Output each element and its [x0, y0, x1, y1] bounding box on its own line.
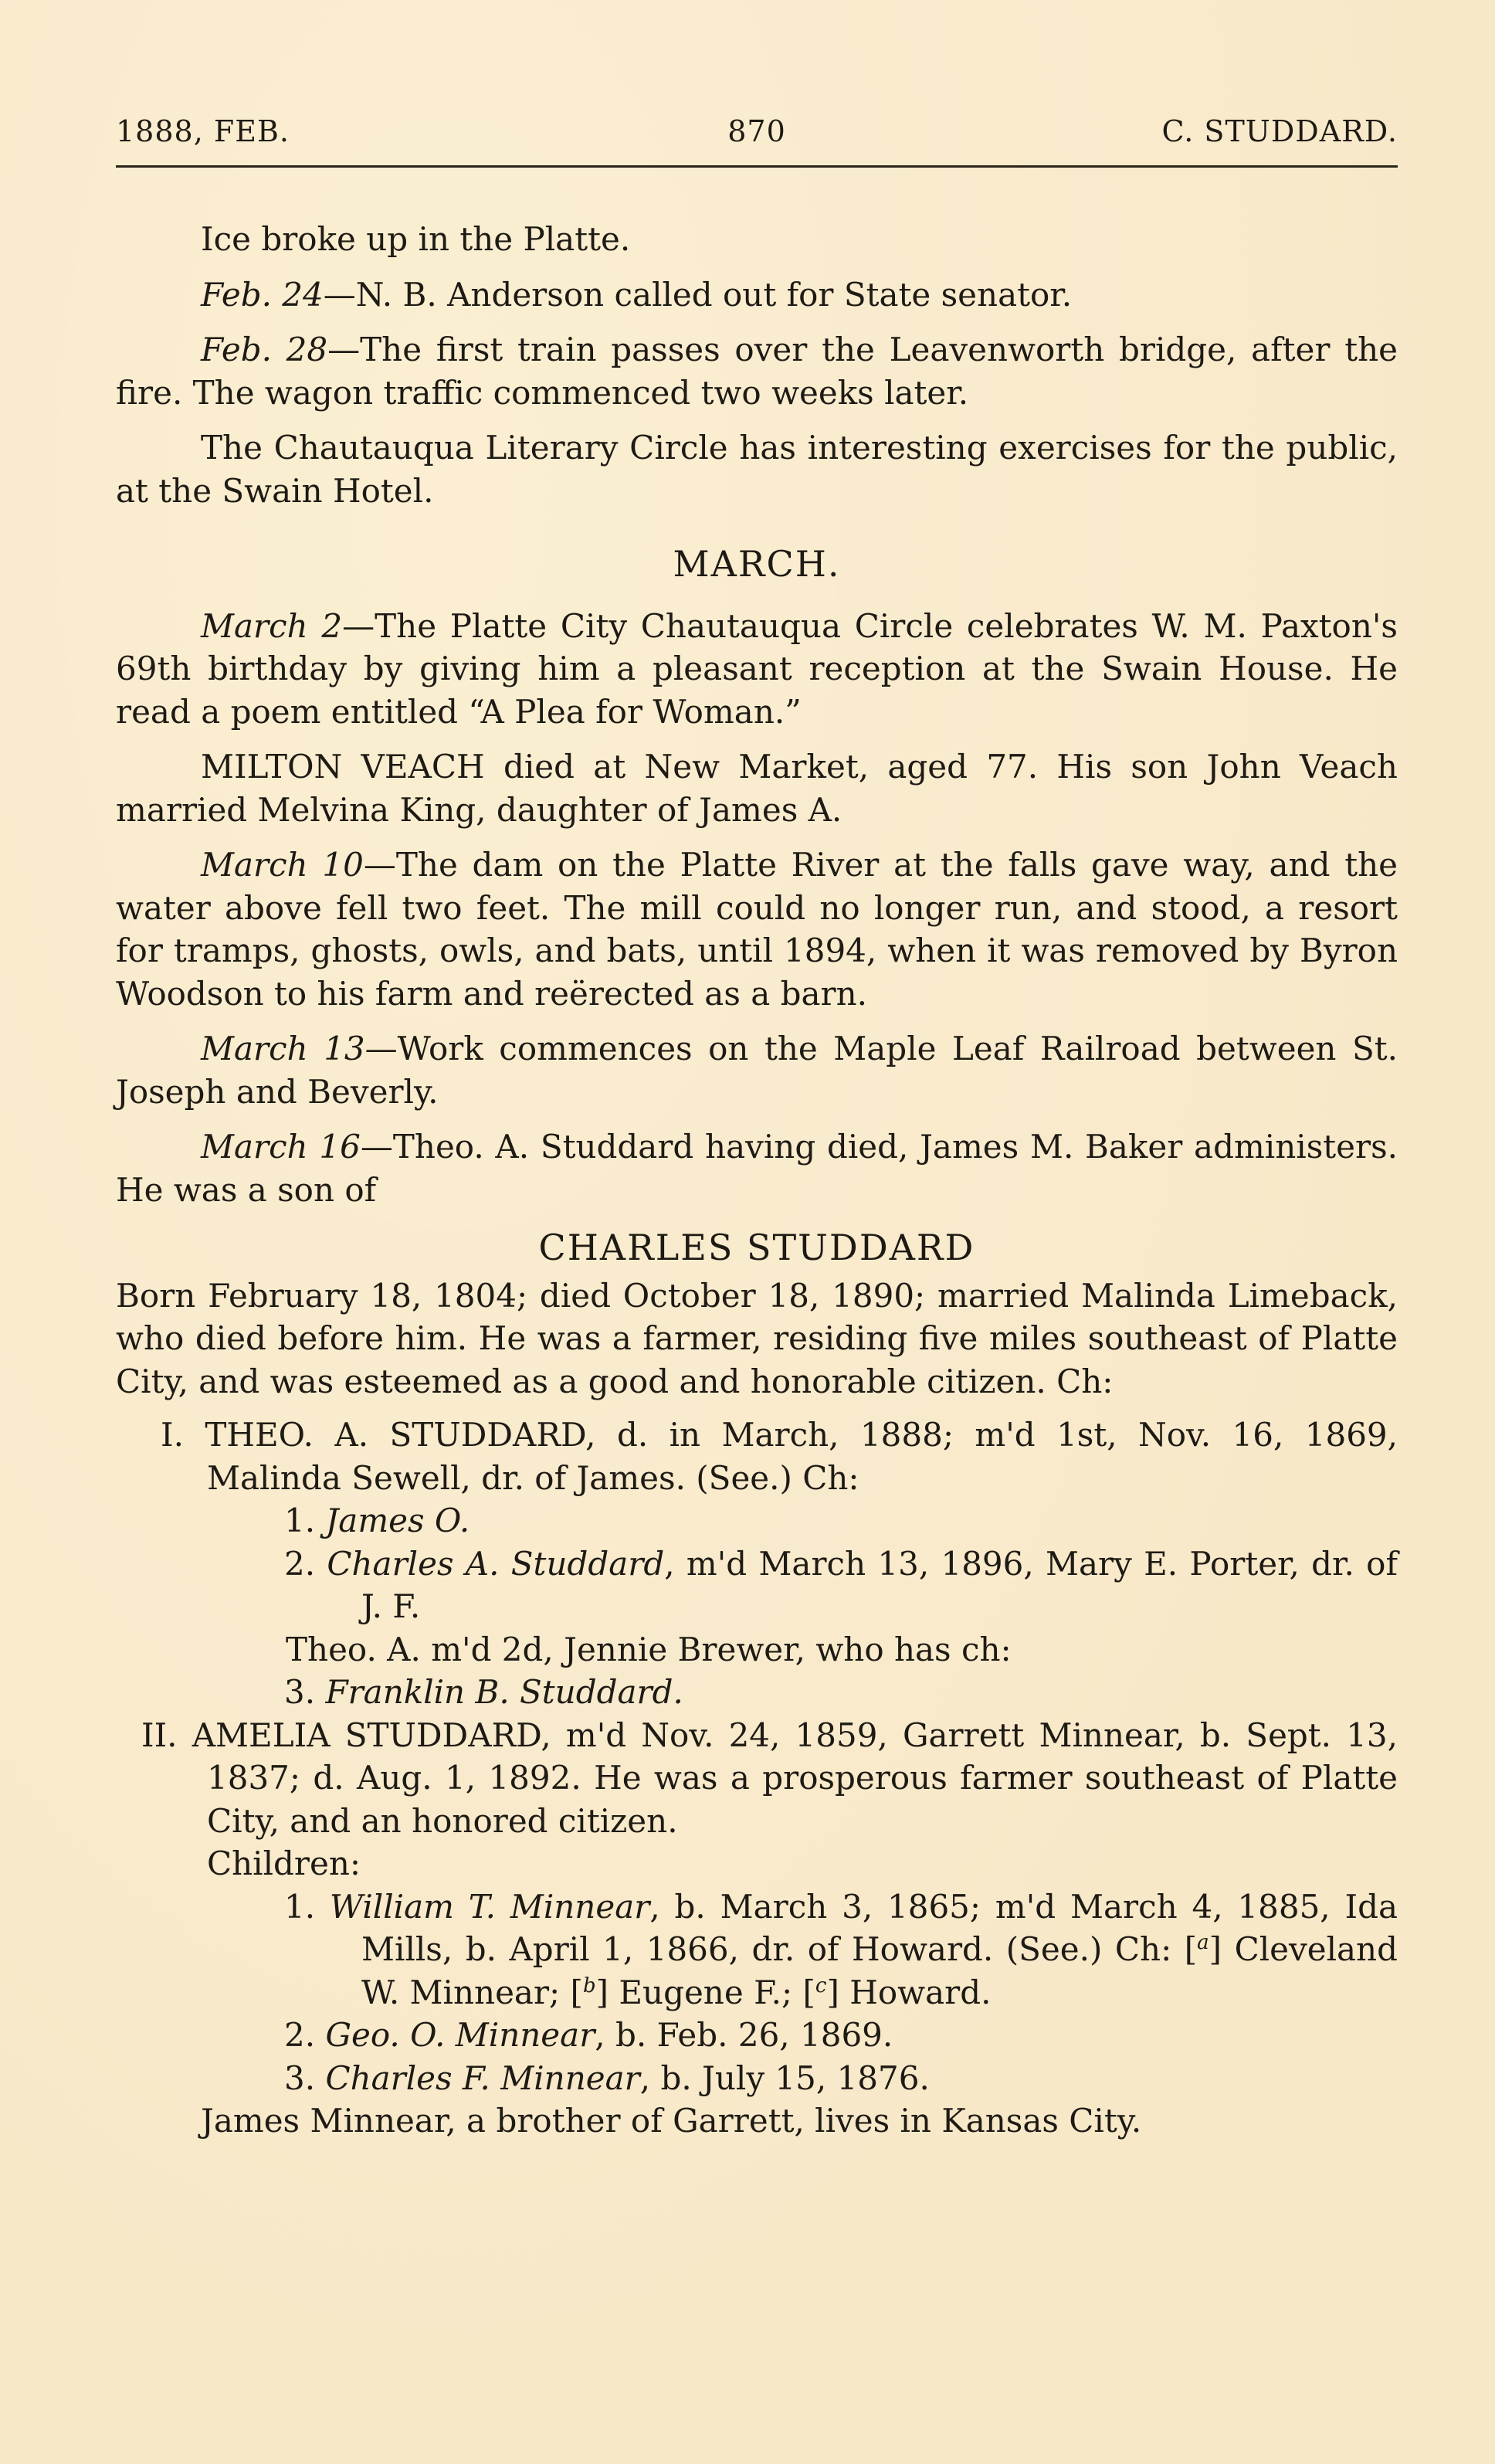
entry-march-10: March 10—The dam on the Platte River at … [116, 843, 1398, 1015]
entry-march-2: March 2—The Platte City Chautauqua Circl… [116, 605, 1398, 734]
child-entry-amelia: II. AMELIA STUDDARD, m'd Nov. 24, 1859, … [116, 1714, 1398, 1843]
closing-note: James Minnear, a brother of Garrett, liv… [116, 2099, 1398, 2143]
child-entry-theo: I. THEO. A. STUDDARD, d. in March, 1888;… [116, 1414, 1398, 1499]
section-heading-charles-studdard: CHARLES STUDDARD [116, 1227, 1398, 1270]
grandchild-entry: 1. William T. Minnear, b. March 3, 1865;… [116, 1885, 1398, 2014]
entry-march-13: March 13—Work commences on the Maple Lea… [116, 1027, 1398, 1113]
children-label: Children: [116, 1842, 1398, 1885]
entry-march-16: March 16—Theo. A. Studdard having died, … [116, 1125, 1398, 1211]
grandchild-entry: 1. James O. [116, 1499, 1398, 1543]
entry-chautauqua: The Chautauqua Literary Circle has inter… [116, 426, 1398, 512]
entry-date: Feb. 24 [201, 276, 324, 314]
second-marriage-note: Theo. A. m'd 2d, Jennie Brewer, who has … [116, 1628, 1398, 1672]
grandchild-entry: 3. Franklin B. Studdard. [116, 1671, 1398, 1714]
entry-feb-28: Feb. 28—The first train passes over the … [116, 328, 1398, 414]
biography-intro: Born February 18, 1804; died October 18,… [116, 1274, 1398, 1403]
entry-milton-veach: MILTON VEACH died at New Market, aged 77… [116, 745, 1398, 831]
page-body: Ice broke up in the Platte. Feb. 24—N. B… [116, 218, 1398, 2143]
entry-ice: Ice broke up in the Platte. [116, 218, 1398, 261]
entry-date: Feb. 28 [201, 331, 327, 368]
grandchild-entry: 3. Charles F. Minnear, b. July 15, 1876. [116, 2057, 1398, 2100]
running-head: 1888, FEB. 870 C. STUDDARD. [116, 114, 1398, 153]
entry-date: March 16 [201, 1128, 361, 1166]
entry-date: March 10 [201, 846, 364, 884]
grandchild-entry: 2. Geo. O. Minnear, b. Feb. 26, 1869. [116, 2014, 1398, 2057]
section-heading-march: MARCH. [116, 543, 1398, 586]
entry-feb-24: Feb. 24—N. B. Anderson called out for St… [116, 273, 1398, 317]
header-rule [116, 165, 1398, 168]
grandchild-entry: 2. Charles A. Studdard, m'd March 13, 18… [116, 1543, 1398, 1628]
running-head-title: C. STUDDARD. [1162, 114, 1398, 148]
entry-date: March 13 [201, 1030, 365, 1067]
entry-date: March 2 [201, 607, 342, 645]
